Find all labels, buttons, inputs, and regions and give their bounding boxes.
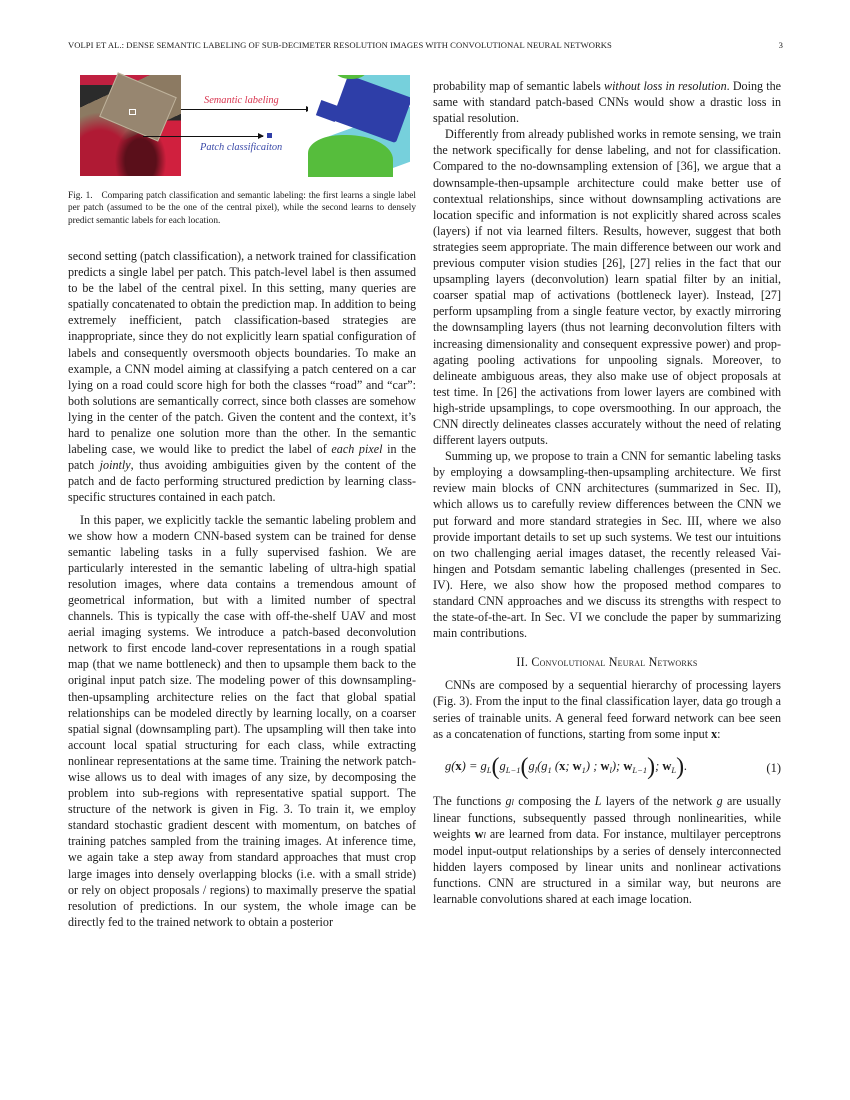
left-column: Semantic labeling Patch classificaiton F…	[68, 78, 416, 930]
equation-body: g(x) = gL(gL−1(gl(g1 (x; w1) ; wl); wL−1…	[445, 758, 687, 778]
text: composing the	[514, 794, 595, 808]
text: layers of the network	[602, 794, 717, 808]
figure-1: Semantic labeling Patch classificaiton F…	[68, 78, 416, 210]
emphasis: jointly	[100, 458, 131, 472]
section-title: Convolutional Neural Networks	[531, 655, 697, 669]
semantic-map-image	[308, 75, 410, 177]
paragraph: The functions gl composing the L layers …	[433, 793, 781, 908]
patch-classification-label: Patch classificaiton	[200, 140, 282, 156]
semantic-labeling-label: Semantic labeling	[204, 93, 279, 109]
section-number: II.	[516, 655, 531, 669]
text: second setting (patch classification), a…	[68, 249, 416, 456]
caption-text: Comparing patch classification and seman…	[68, 191, 416, 226]
arrow-right-icon	[181, 109, 311, 110]
equation-number: (1)	[766, 760, 781, 776]
page-number: 3	[779, 40, 783, 50]
arrow-right-icon	[143, 136, 263, 137]
text: CNNs are composed by a sequential hierar…	[433, 678, 781, 740]
emphasis: each pixel	[331, 442, 382, 456]
emphasis: without loss in resolution	[604, 79, 727, 93]
aerial-photo-image	[80, 75, 181, 176]
running-header: VOLPI ET AL.: DENSE SEMANTIC LABELING OF…	[68, 40, 783, 50]
math-symbol: L	[595, 794, 602, 808]
text: probability map of semantic labels	[433, 79, 604, 93]
single-label-pixel-icon	[267, 133, 272, 138]
patch-marker-icon	[129, 109, 136, 115]
text: :	[717, 727, 720, 741]
building-shape	[99, 72, 177, 141]
paragraph: Differently from already published works…	[433, 126, 781, 448]
figure-caption: Fig. 1. Comparing patch classification a…	[68, 190, 416, 227]
right-column: probability map of semantic labels witho…	[433, 78, 781, 907]
text: are learned from data. For instance, mul…	[433, 827, 781, 906]
figure-label: Fig. 1.	[68, 191, 93, 201]
paragraph: probability map of semantic labels witho…	[433, 78, 781, 126]
paragraph: CNNs are composed by a sequential hierar…	[433, 677, 781, 741]
paragraph: In this paper, we explicitly tackle the …	[68, 512, 416, 930]
running-title: VOLPI ET AL.: DENSE SEMANTIC LABELING OF…	[68, 40, 612, 50]
paragraph: second setting (patch classification), a…	[68, 248, 416, 506]
text: The functions	[433, 794, 506, 808]
paragraph: Summing up, we propose to train a CNN fo…	[433, 448, 781, 641]
equation-1: g(x) = gL(gL−1(gl(g1 (x; w1) ; wl); wL−1…	[433, 753, 781, 783]
section-heading: II. Convolutional Neural Networks	[433, 654, 781, 670]
